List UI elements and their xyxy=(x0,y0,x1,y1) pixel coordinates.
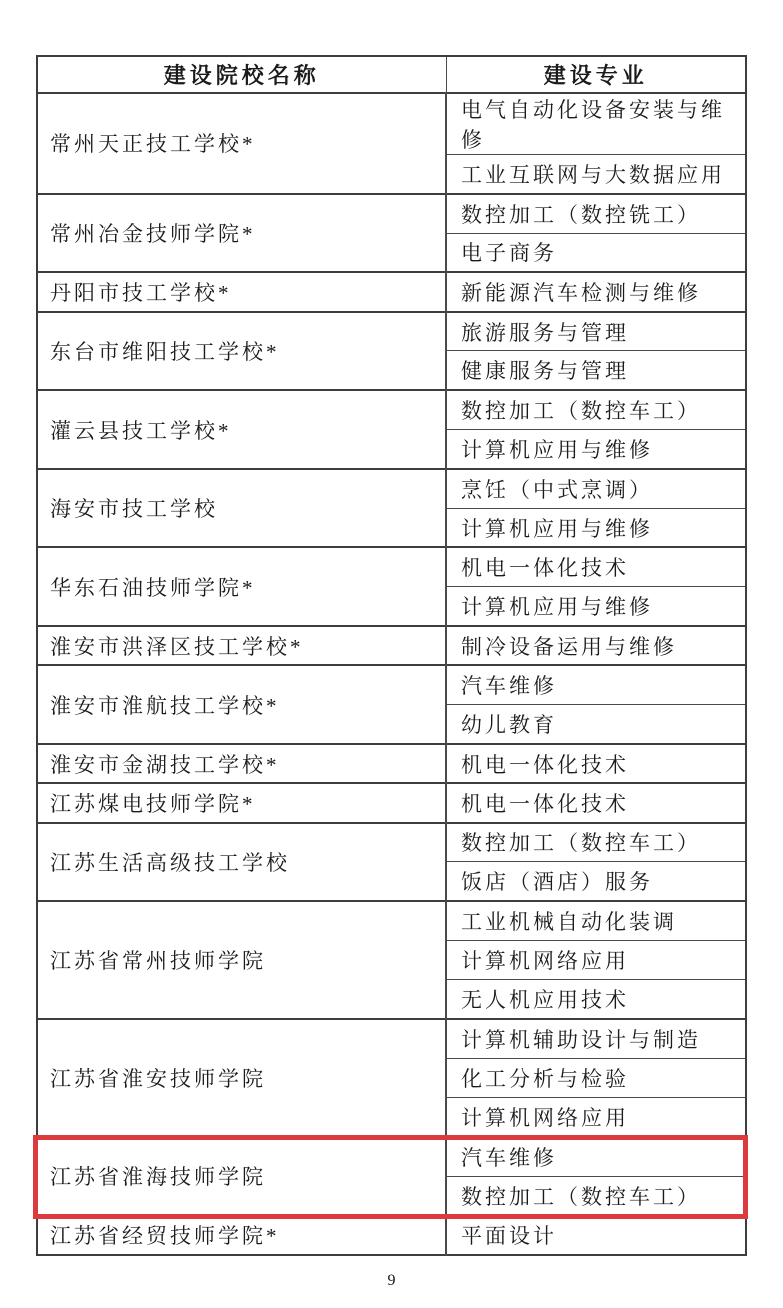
table-row: 江苏省淮海技师学院 汽车维修 xyxy=(37,1137,746,1176)
schools-majors-table: 建设院校名称 建设专业 常州天正技工学校* 电气自动化设备安装与维修 工业互联网… xyxy=(36,55,747,1256)
school-group: 常州天正技工学校* 电气自动化设备安装与维修 工业互联网与大数据应用 xyxy=(37,93,746,194)
table-row: 丹阳市技工学校* 新能源汽车检测与维修 xyxy=(37,272,746,311)
document-page: 建设院校名称 建设专业 常州天正技工学校* 电气自动化设备安装与维修 工业互联网… xyxy=(0,0,783,1308)
table-row: 江苏省常州技师学院 工业机械自动化装调 xyxy=(37,901,746,940)
major-cell: 工业互联网与大数据应用 xyxy=(446,155,746,194)
table-row: 华东石油技师学院* 机电一体化技术 xyxy=(37,547,746,586)
table-row: 江苏省淮安技师学院 计算机辅助设计与制造 xyxy=(37,1019,746,1058)
school-group: 江苏煤电技师学院* 机电一体化技术 xyxy=(37,783,746,822)
major-cell: 计算机网络应用 xyxy=(446,940,746,979)
table-row: 常州冶金技师学院* 数控加工（数控铣工） xyxy=(37,194,746,233)
school-cell: 丹阳市技工学校* xyxy=(37,272,446,311)
major-cell: 计算机应用与维修 xyxy=(446,587,746,626)
major-cell: 汽车维修 xyxy=(446,1137,746,1176)
school-cell: 江苏省经贸技师学院* xyxy=(37,1216,446,1255)
major-cell: 数控加工（数控车工） xyxy=(446,1176,746,1215)
major-cell: 无人机应用技术 xyxy=(446,980,746,1019)
school-group: 东台市维阳技工学校* 旅游服务与管理 健康服务与管理 xyxy=(37,312,746,391)
major-cell: 平面设计 xyxy=(446,1216,746,1255)
school-cell: 淮安市洪泽区技工学校* xyxy=(37,626,446,665)
major-cell: 电气自动化设备安装与维修 xyxy=(446,93,746,155)
major-cell: 机电一体化技术 xyxy=(446,783,746,822)
table-row: 灌云县技工学校* 数控加工（数控车工） xyxy=(37,390,746,429)
school-cell: 江苏省淮安技师学院 xyxy=(37,1019,446,1137)
page-number: 9 xyxy=(0,1272,783,1290)
header-school-name: 建设院校名称 xyxy=(37,56,446,93)
major-cell: 计算机应用与维修 xyxy=(446,508,746,547)
school-cell: 常州冶金技师学院* xyxy=(37,194,446,273)
school-group: 海安市技工学校 烹饪（中式烹调） 计算机应用与维修 xyxy=(37,469,746,548)
table-row: 淮安市淮航技工学校* 汽车维修 xyxy=(37,665,746,704)
school-cell: 常州天正技工学校* xyxy=(37,93,446,194)
table-row: 江苏生活高级技工学校 数控加工（数控车工） xyxy=(37,823,746,862)
school-group: 江苏省常州技师学院 工业机械自动化装调 计算机网络应用 无人机应用技术 xyxy=(37,901,746,1019)
school-cell: 东台市维阳技工学校* xyxy=(37,312,446,391)
major-cell: 数控加工（数控车工） xyxy=(446,390,746,429)
school-group: 江苏生活高级技工学校 数控加工（数控车工） 饭店（酒店）服务 xyxy=(37,823,746,902)
major-cell: 健康服务与管理 xyxy=(446,351,746,390)
table-row: 海安市技工学校 烹饪（中式烹调） xyxy=(37,469,746,508)
school-cell: 海安市技工学校 xyxy=(37,469,446,548)
major-cell: 电子商务 xyxy=(446,233,746,272)
major-cell: 数控加工（数控车工） xyxy=(446,823,746,862)
major-cell: 旅游服务与管理 xyxy=(446,312,746,351)
major-cell: 机电一体化技术 xyxy=(446,744,746,783)
table-header-row: 建设院校名称 建设专业 xyxy=(37,56,746,93)
table-row: 东台市维阳技工学校* 旅游服务与管理 xyxy=(37,312,746,351)
table-row: 淮安市金湖技工学校* 机电一体化技术 xyxy=(37,744,746,783)
school-group: 江苏省经贸技师学院* 平面设计 xyxy=(37,1216,746,1255)
table-row: 江苏煤电技师学院* 机电一体化技术 xyxy=(37,783,746,822)
school-group-highlighted: 江苏省淮海技师学院 汽车维修 数控加工（数控车工） xyxy=(37,1137,746,1216)
major-cell: 烹饪（中式烹调） xyxy=(446,469,746,508)
school-group: 淮安市淮航技工学校* 汽车维修 幼儿教育 xyxy=(37,665,746,744)
major-cell: 饭店（酒店）服务 xyxy=(446,862,746,901)
major-cell: 计算机辅助设计与制造 xyxy=(446,1019,746,1058)
school-cell: 淮安市淮航技工学校* xyxy=(37,665,446,744)
school-cell: 江苏省常州技师学院 xyxy=(37,901,446,1019)
school-cell: 江苏省淮海技师学院 xyxy=(37,1137,446,1216)
school-group: 江苏省淮安技师学院 计算机辅助设计与制造 化工分析与检验 计算机网络应用 xyxy=(37,1019,746,1137)
header-major: 建设专业 xyxy=(446,56,746,93)
table-row: 淮安市洪泽区技工学校* 制冷设备运用与维修 xyxy=(37,626,746,665)
major-cell: 幼儿教育 xyxy=(446,705,746,744)
school-group: 丹阳市技工学校* 新能源汽车检测与维修 xyxy=(37,272,746,311)
school-group: 华东石油技师学院* 机电一体化技术 计算机应用与维修 xyxy=(37,547,746,626)
school-cell: 江苏煤电技师学院* xyxy=(37,783,446,822)
major-cell: 工业机械自动化装调 xyxy=(446,901,746,940)
school-group: 灌云县技工学校* 数控加工（数控车工） 计算机应用与维修 xyxy=(37,390,746,469)
table-row: 江苏省经贸技师学院* 平面设计 xyxy=(37,1216,746,1255)
school-cell: 华东石油技师学院* xyxy=(37,547,446,626)
school-cell: 淮安市金湖技工学校* xyxy=(37,744,446,783)
major-cell: 新能源汽车检测与维修 xyxy=(446,272,746,311)
major-cell: 数控加工（数控铣工） xyxy=(446,194,746,233)
table-row: 常州天正技工学校* 电气自动化设备安装与维修 xyxy=(37,93,746,155)
school-cell: 灌云县技工学校* xyxy=(37,390,446,469)
school-group: 淮安市金湖技工学校* 机电一体化技术 xyxy=(37,744,746,783)
major-cell: 制冷设备运用与维修 xyxy=(446,626,746,665)
major-cell: 机电一体化技术 xyxy=(446,547,746,586)
major-cell: 计算机应用与维修 xyxy=(446,430,746,469)
school-cell: 江苏生活高级技工学校 xyxy=(37,823,446,902)
major-cell: 计算机网络应用 xyxy=(446,1098,746,1137)
major-cell: 汽车维修 xyxy=(446,665,746,704)
school-group: 常州冶金技师学院* 数控加工（数控铣工） 电子商务 xyxy=(37,194,746,273)
major-cell: 化工分析与检验 xyxy=(446,1058,746,1097)
school-group: 淮安市洪泽区技工学校* 制冷设备运用与维修 xyxy=(37,626,746,665)
